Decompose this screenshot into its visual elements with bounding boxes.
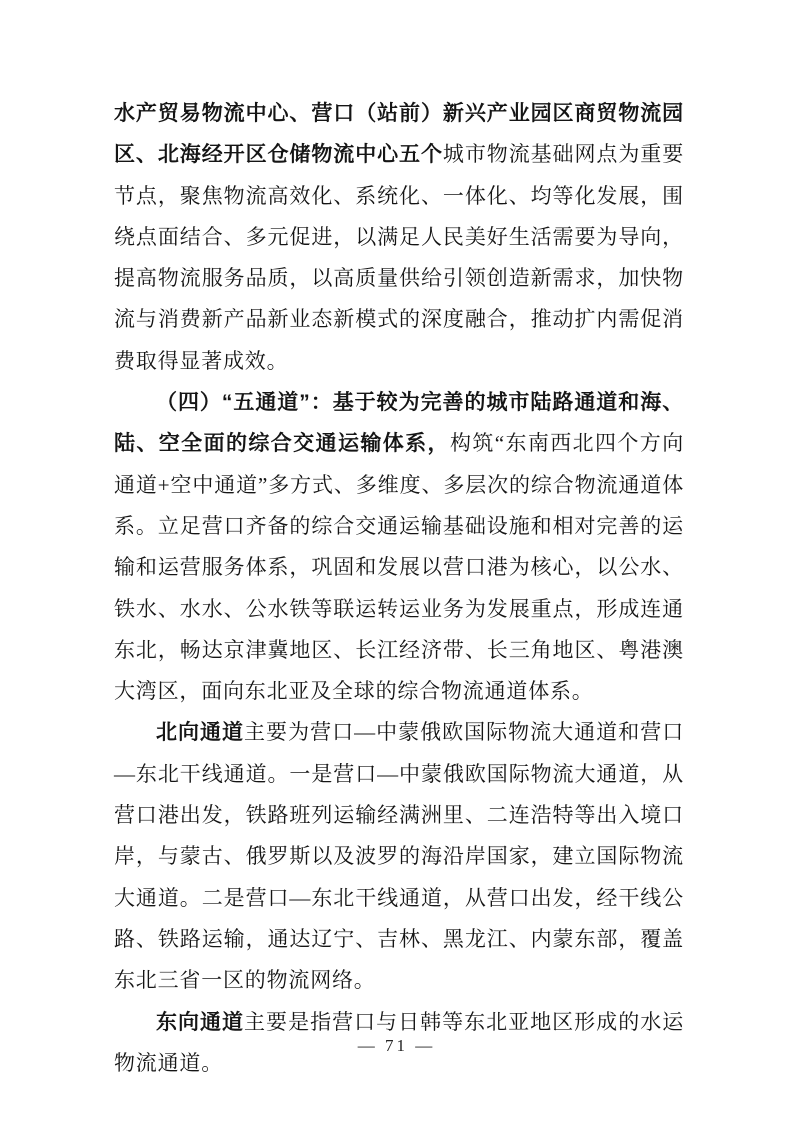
page-footer: — 71 —	[0, 1036, 793, 1056]
document-page: 水产贸易物流中心、营口（站前）新兴产业园区商贸物流园区、北海经开区仓储物流中心五…	[0, 0, 793, 1122]
text-segment: 主要为营口—中蒙俄欧国际物流大通道和营口—东北干线通道。一是营口—中蒙俄欧国际物…	[114, 720, 684, 992]
text-segment: 城市物流基础网点为重要节点，聚焦物流高效化、系统化、一体化、均等化发展，围绕点面…	[114, 142, 684, 372]
text-segment: 构筑“东南西北四个方向通道+空中通道”多方式、多维度、多层次的综合物流通道体系。…	[114, 431, 684, 703]
text-segment-bold: 东向通道	[156, 1011, 244, 1034]
paragraph: 水产贸易物流中心、营口（站前）新兴产业园区商贸物流园区、北海经开区仓储物流中心五…	[114, 93, 684, 382]
paragraph: （四）“五通道”：基于较为完善的城市陆路通道和海、陆、空全面的综合交通运输体系，…	[114, 382, 684, 712]
page-number: — 71 —	[358, 1036, 436, 1055]
text-segment-bold: 北向通道	[156, 721, 244, 744]
document-body: 水产贸易物流中心、营口（站前）新兴产业园区商贸物流园区、北海经开区仓储物流中心五…	[114, 93, 684, 1084]
paragraph: 北向通道主要为营口—中蒙俄欧国际物流大通道和营口—东北干线通道。一是营口—中蒙俄…	[114, 712, 684, 1001]
